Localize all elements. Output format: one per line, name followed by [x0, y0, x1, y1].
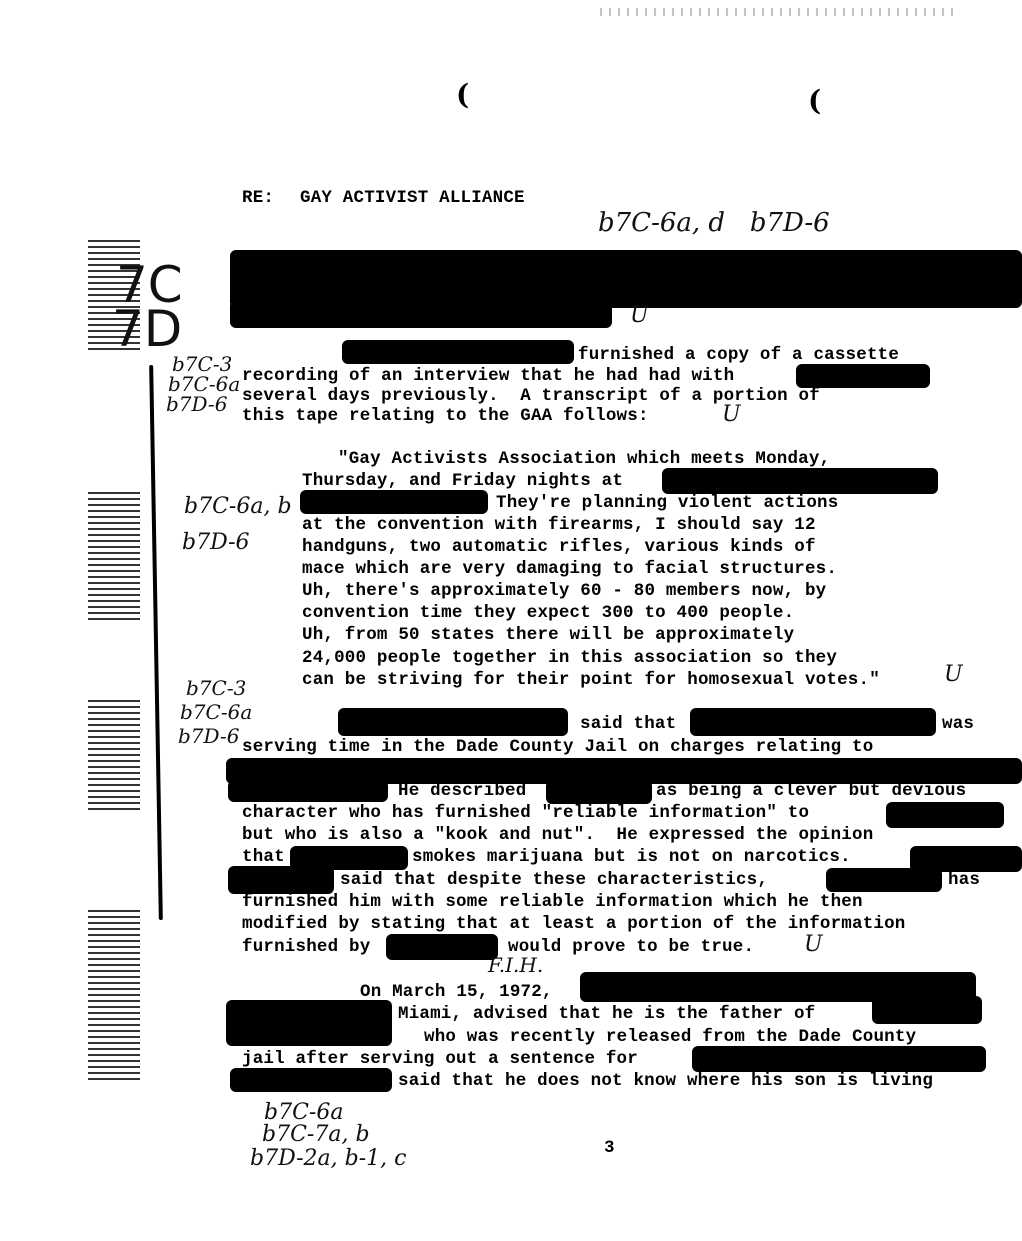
- text-line: "Gay Activists Association which meets M…: [338, 449, 830, 469]
- text-line: furnished him with some reliable informa…: [242, 892, 863, 912]
- text-line: but who is also a "kook and nut". He exp…: [242, 825, 873, 845]
- header-exemption-annotation: b7C-6a, d b7D-6: [598, 212, 830, 234]
- text-line: handguns, two automatic rifles, various …: [302, 537, 816, 557]
- text-line: recording of an interview that he had ha…: [242, 366, 734, 386]
- redaction: [872, 996, 982, 1024]
- margin-bracket-line: [149, 365, 163, 920]
- hole-punch-mark: (: [456, 78, 469, 111]
- subject-title: GAY ACTIVIST ALLIANCE: [300, 188, 525, 208]
- margin-exemption: b7D-6: [178, 726, 239, 746]
- margin-exemption: b7C-6a: [168, 374, 240, 394]
- margin-exemption: b7C-3: [172, 354, 232, 374]
- text-line: at the convention with firearms, I shoul…: [302, 515, 816, 535]
- text-line: character who has furnished "reliable in…: [242, 803, 809, 823]
- text-line: On March 15, 1972,: [360, 982, 553, 1002]
- unclassified-mark: U: [804, 934, 823, 956]
- redaction: [662, 468, 938, 494]
- text-line: furnished by: [242, 937, 370, 957]
- redaction: [228, 780, 388, 802]
- hole-punch-mark: (: [808, 84, 821, 117]
- footer-exemption: b7D-2a, b-1, c: [250, 1148, 406, 1170]
- text-line: 24,000 people together in this associati…: [302, 648, 837, 668]
- redaction: [386, 934, 498, 960]
- text-line: furnished a copy of a cassette: [578, 345, 899, 365]
- footer-exemption: b7C-6a: [264, 1102, 343, 1124]
- document-page: ( ( RE: GAY ACTIVIST ALLIANCE b7C-6a, d …: [0, 0, 1022, 1241]
- text-line: said that: [580, 714, 676, 734]
- unclassified-mark: U: [630, 305, 649, 327]
- scan-noise: [600, 8, 960, 16]
- text-line: convention time they expect 300 to 400 p…: [302, 603, 794, 623]
- text-line: They're planning violent actions: [496, 493, 838, 513]
- margin-exemption: b7C-6a: [180, 702, 252, 722]
- scan-artifact: [88, 490, 140, 620]
- text-line: jail after serving out a sentence for: [242, 1049, 638, 1069]
- text-line: was: [942, 714, 974, 734]
- text-line: mace which are very damaging to facial s…: [302, 559, 837, 579]
- redaction: [338, 708, 568, 736]
- redaction: [230, 1068, 392, 1092]
- redaction: [300, 490, 488, 514]
- text-line: He described: [398, 781, 526, 801]
- text-line: said that he does not know where his son…: [398, 1071, 933, 1091]
- margin-exemption: b7C-6a, b: [184, 496, 292, 518]
- text-line: has: [948, 870, 980, 890]
- scan-artifact: [88, 700, 140, 810]
- text-line: serving time in the Dade County Jail on …: [242, 737, 873, 757]
- redaction: [796, 364, 930, 388]
- text-line: would prove to be true.: [508, 937, 754, 957]
- text-line: this tape relating to the GAA follows:: [242, 406, 649, 426]
- text-line: smokes marijuana but is not on narcotics…: [412, 847, 851, 867]
- text-line: who was recently released from the Dade …: [424, 1027, 916, 1047]
- margin-exemption: b7D-6: [166, 394, 227, 414]
- text-line: modified by stating that at least a port…: [242, 914, 906, 934]
- text-line: as being a clever but devious: [656, 781, 966, 801]
- unclassified-mark: U: [944, 664, 963, 686]
- text-line: Thursday, and Friday nights at: [302, 471, 623, 491]
- redaction: [886, 802, 1004, 828]
- redaction: [342, 340, 574, 364]
- text-line: Uh, from 50 states there will be approxi…: [302, 625, 794, 645]
- page-number: 3: [604, 1138, 615, 1158]
- subject-label: RE:: [242, 188, 274, 208]
- text-line: can be striving for their point for homo…: [302, 670, 880, 690]
- footer-exemption: b7C-7a, b: [262, 1124, 370, 1146]
- redaction: [692, 1046, 986, 1072]
- margin-exemption: b7D-6: [182, 532, 250, 554]
- redaction: [228, 866, 334, 894]
- redaction: [826, 868, 942, 892]
- scan-artifact: [88, 910, 140, 1080]
- text-line: Miami, advised that he is the father of: [398, 1004, 815, 1024]
- unclassified-mark: U: [722, 404, 741, 426]
- text-line: Uh, there's approximately 60 - 80 member…: [302, 581, 826, 601]
- margin-exemption-7d: 7D: [112, 306, 182, 352]
- redaction: [226, 1000, 392, 1046]
- margin-exemption: b7C-3: [186, 678, 246, 698]
- text-line: that: [242, 847, 285, 867]
- text-line: said that despite these characteristics,: [340, 870, 768, 890]
- redaction: [690, 708, 936, 736]
- redaction: [546, 780, 652, 804]
- handwritten-initials: F.I.H.: [488, 954, 543, 976]
- redaction: [230, 300, 612, 328]
